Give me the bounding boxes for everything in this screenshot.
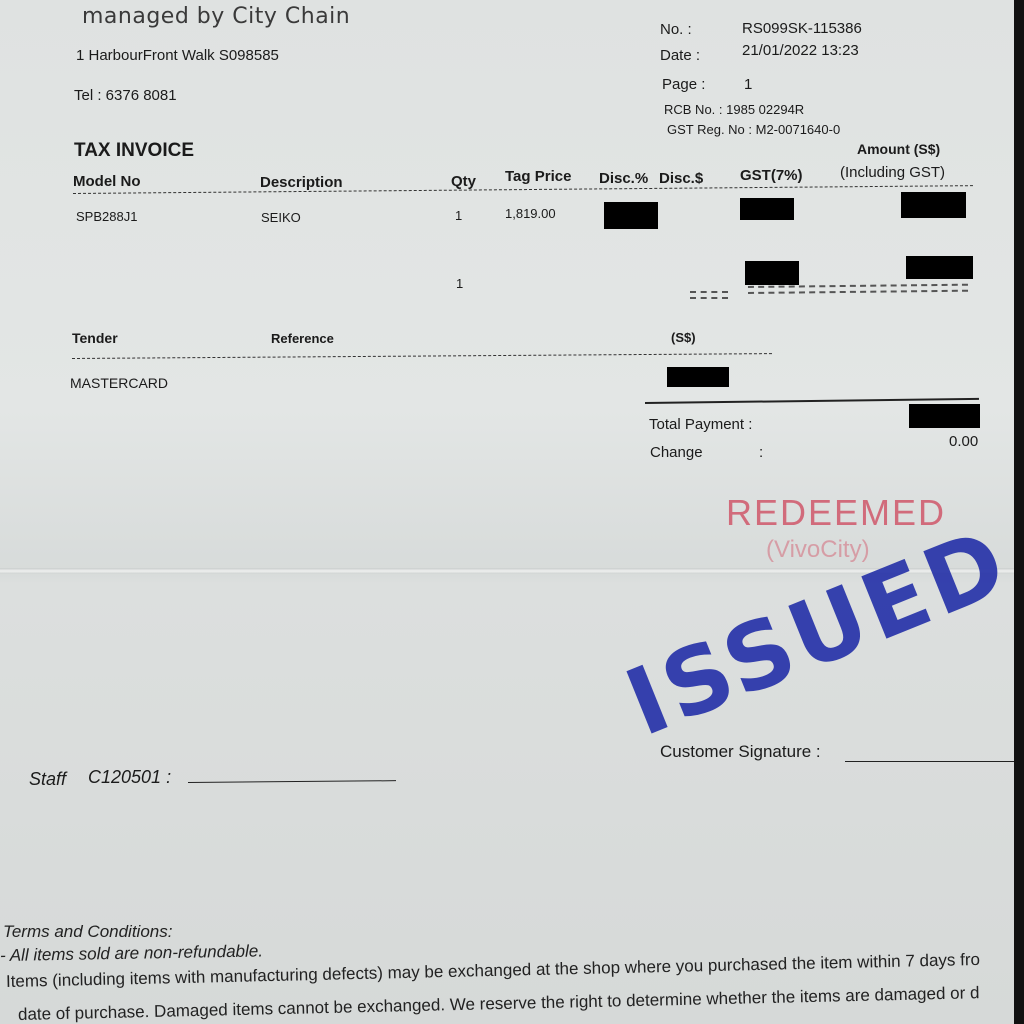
- tender-divider: [72, 353, 772, 359]
- background-edge: [1014, 0, 1024, 1024]
- redacted-gst: [740, 198, 794, 220]
- staff-label: Staff: [29, 769, 66, 790]
- total-payment-label: Total Payment :: [649, 416, 752, 433]
- col-amount-sub: (Including GST): [840, 164, 945, 181]
- terms-heading: Terms and Conditions:: [3, 922, 172, 942]
- redacted-amount: [901, 192, 966, 218]
- header-divider: [73, 185, 973, 194]
- tender-amount-label: (S$): [671, 330, 696, 345]
- row-qty: 1: [455, 208, 462, 223]
- invoice-no: RS099SK-115386: [742, 20, 862, 37]
- redacted-total-payment: [909, 404, 980, 428]
- redacted-total-gst: [745, 261, 799, 285]
- staff-id: C120501 :: [88, 767, 171, 788]
- col-description: Description: [260, 174, 343, 191]
- reference-label: Reference: [271, 331, 334, 346]
- customer-signature-label: Customer Signature :: [660, 742, 821, 762]
- row-tag-price: 1,819.00: [505, 206, 556, 221]
- redacted-total-amount: [906, 256, 973, 279]
- redeemed-stamp: REDEEMED: [726, 492, 946, 534]
- tender-label: Tender: [72, 330, 118, 346]
- customer-signature-line[interactable]: [845, 761, 1020, 762]
- col-model-no: Model No: [73, 173, 141, 190]
- tender-type: MASTERCARD: [70, 375, 168, 391]
- double-rule-short: [690, 291, 728, 299]
- terms-line-1: - All items sold are non-refundable.: [0, 941, 263, 966]
- col-disc-amt: Disc.$: [659, 170, 703, 187]
- store-address: 1 HarbourFront Walk S098585: [76, 47, 279, 64]
- total-qty: 1: [456, 276, 463, 291]
- brand-line: managed by City Chain: [82, 4, 350, 29]
- store-tel: Tel : 6376 8081: [74, 87, 177, 104]
- gst-reg-number: GST Reg. No : M2-0071640-0: [667, 122, 840, 137]
- change-label: Change: [650, 444, 703, 461]
- invoice-title: TAX INVOICE: [74, 140, 194, 162]
- col-qty: Qty: [451, 173, 476, 190]
- col-tag-price: Tag Price: [505, 168, 571, 185]
- rcb-number: RCB No. : 1985 02294R: [664, 102, 804, 117]
- staff-signature-line[interactable]: [188, 780, 396, 783]
- col-disc-pct: Disc.%: [599, 170, 648, 187]
- col-gst: GST(7%): [740, 167, 803, 184]
- date-label: Date :: [660, 47, 700, 64]
- row-model-no: SPB288J1: [76, 209, 137, 224]
- redacted-discount: [604, 202, 658, 229]
- double-rule-long: [748, 284, 968, 294]
- row-description: SEIKO: [261, 210, 301, 225]
- page-number: 1: [744, 76, 752, 93]
- col-amount: Amount (S$): [857, 141, 940, 157]
- page-label: Page :: [662, 76, 705, 93]
- terms-line-3: date of purchase. Damaged items cannot b…: [18, 983, 980, 1024]
- invoice-no-label: No. :: [660, 21, 692, 38]
- change-value: 0.00: [949, 433, 978, 450]
- receipt-paper: managed by City Chain 1 HarbourFront Wal…: [0, 0, 1024, 1024]
- redacted-tender-amount: [667, 367, 729, 387]
- change-colon: :: [759, 444, 763, 461]
- invoice-date: 21/01/2022 13:23: [742, 42, 859, 59]
